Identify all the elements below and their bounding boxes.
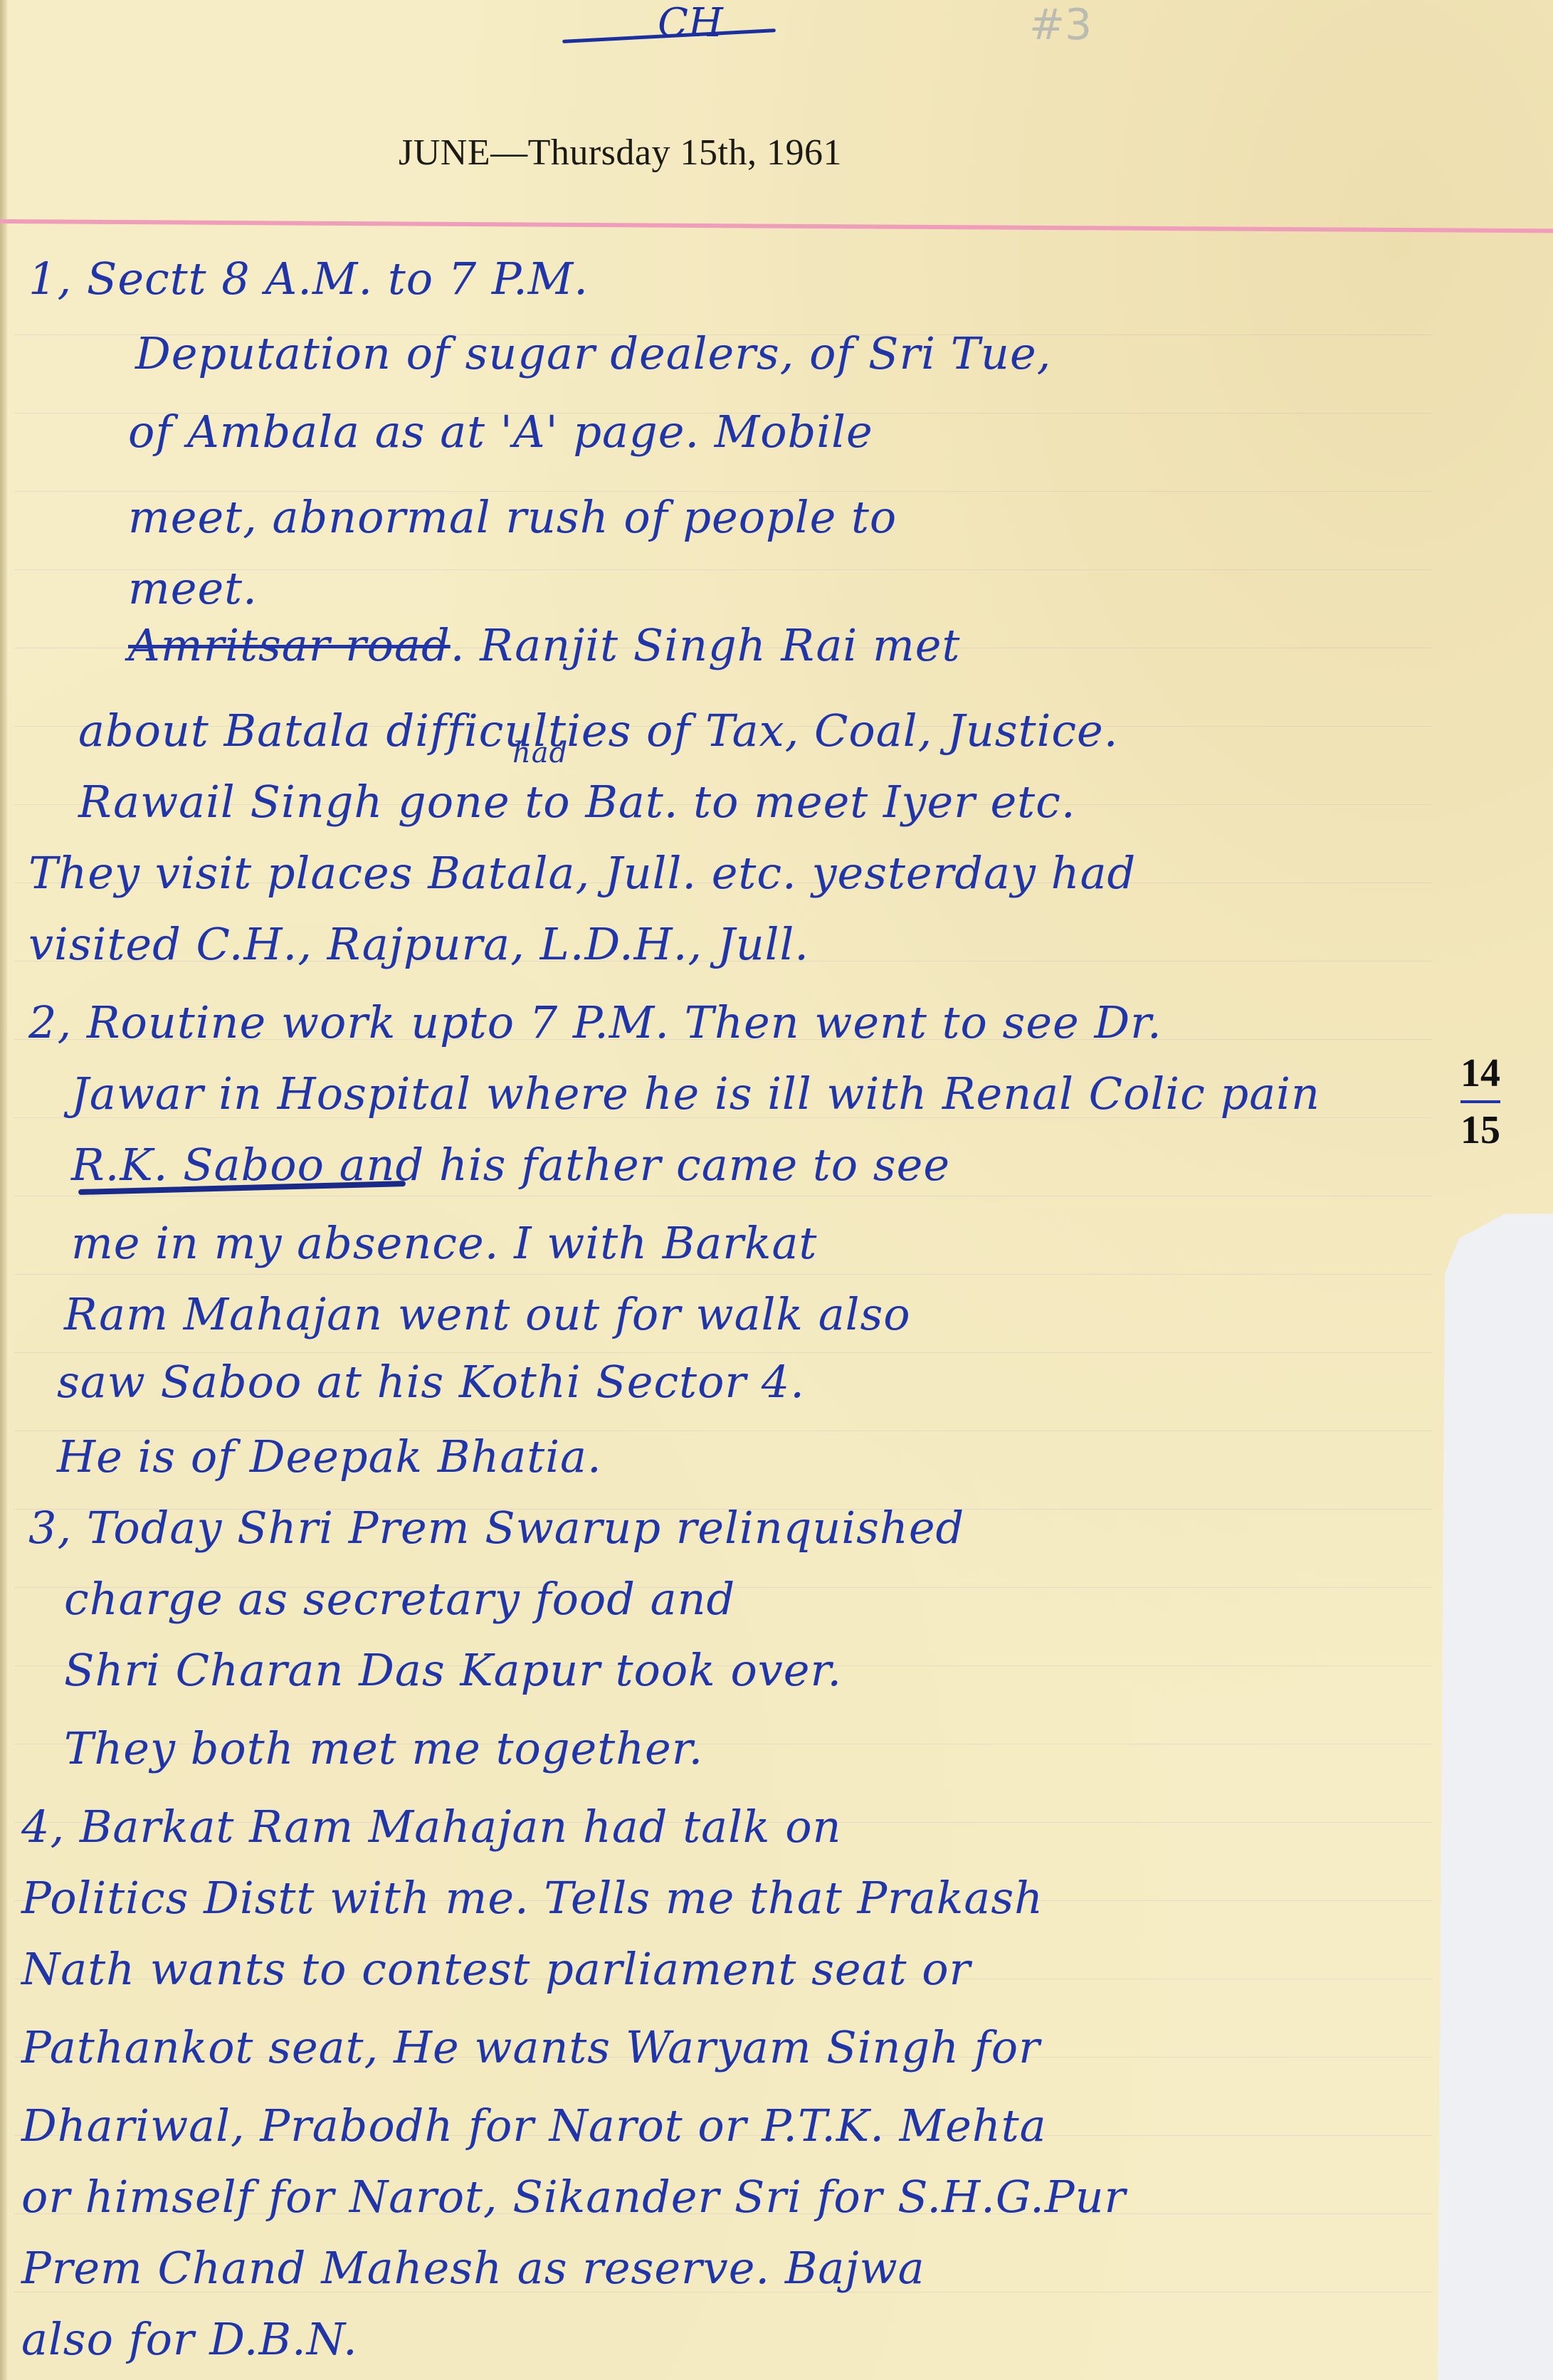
hw-line-26: Dhariwal, Prabodh for Narot or P.T.K. Me… xyxy=(21,2100,1047,2152)
hw-line-2: Deputation of sugar dealers, of Sri Tue, xyxy=(135,327,1051,379)
struck-text: Amritsar road xyxy=(128,619,451,671)
thumb-index-tab[interactable]: 14 15 xyxy=(1460,1046,1500,1157)
hw-line-6-tail: met xyxy=(873,619,960,671)
faint-page-mark: #3 xyxy=(989,0,1132,71)
hw-line-29: also for D.B.N. xyxy=(21,2313,358,2365)
diary-page: CH #3 JUNE—Thursday 15th, 1961 1, Sectt … xyxy=(0,0,1553,2380)
hw-line-6-text: Ranjit Singh Rai xyxy=(480,619,858,671)
hw-line-27: or himself for Narot, Sikander Sri for S… xyxy=(21,2171,1126,2223)
hw-line-3: of Ambala as at 'A' page. Mobile xyxy=(128,406,873,458)
hw-insert-had: had xyxy=(512,737,568,769)
hw-line-1: 1, Sectt 8 A.M. to 7 P.M. xyxy=(28,253,589,305)
hw-line-23: Politics Distt with me. Tells me that Pr… xyxy=(21,1872,1043,1924)
hw-line-20: Shri Charan Das Kapur took over. xyxy=(64,1644,842,1696)
hw-line-12: Jawar in Hospital where he is ill with R… xyxy=(71,1068,1320,1120)
ruled-line xyxy=(14,1196,1432,1196)
hw-line-4: meet, abnormal rush of people to xyxy=(128,491,897,543)
hw-line-9: They visit places Batala, Jull. etc. yes… xyxy=(28,847,1136,899)
hw-line-16: saw Saboo at his Kothi Sector 4. xyxy=(57,1356,805,1408)
ruled-line xyxy=(14,1274,1432,1275)
hw-line-14: me in my absence. I with Barkat xyxy=(71,1217,817,1269)
hw-line-6: Amritsar road. Ranjit Singh Rai met xyxy=(128,619,960,671)
hw-line-5: meet. xyxy=(128,562,258,614)
hw-line-15: Ram Mahajan went out for walk also xyxy=(64,1288,911,1340)
margin-rule xyxy=(0,219,1553,233)
hw-line-11: 2, Routine work upto 7 P.M. Then went to… xyxy=(28,996,1162,1048)
hw-line-18: 3, Today Shri Prem Swarup relinquished xyxy=(28,1502,964,1554)
hw-line-21: They both met me together. xyxy=(64,1722,703,1774)
hw-line-25: Pathankot seat, He wants Waryam Singh fo… xyxy=(21,2021,1041,2073)
hw-line-17: He is of Deepak Bhatia. xyxy=(57,1431,602,1483)
binding-edge xyxy=(0,0,7,2380)
hw-line-7: about Batala difficulties of Tax, Coal, … xyxy=(78,705,1118,757)
hw-line-22: 4, Barkat Ram Mahajan had talk on xyxy=(21,1801,841,1853)
printed-date-header: JUNE—Thursday 15th, 1961 xyxy=(399,132,842,174)
top-mark-text: CH xyxy=(658,0,723,46)
top-mark: CH xyxy=(562,0,818,50)
hw-line-8: Rawail Singh gone to Bat. to meet Iyer e… xyxy=(78,776,1076,828)
hw-line-10: visited C.H., Rajpura, L.D.H., Jull. xyxy=(28,918,809,970)
thumb-index-upper: 14 xyxy=(1460,1046,1500,1103)
hw-line-19: charge as secretary food and xyxy=(64,1573,735,1625)
hw-line-24: Nath wants to contest parliament seat or xyxy=(21,1943,971,1995)
thumb-index-lower: 15 xyxy=(1460,1103,1500,1157)
hw-line-13: R.K. Saboo and his father came to see xyxy=(71,1139,950,1191)
hw-line-28: Prem Chand Mahesh as reserve. Bajwa xyxy=(21,2242,925,2294)
ruled-line xyxy=(14,1352,1432,1353)
